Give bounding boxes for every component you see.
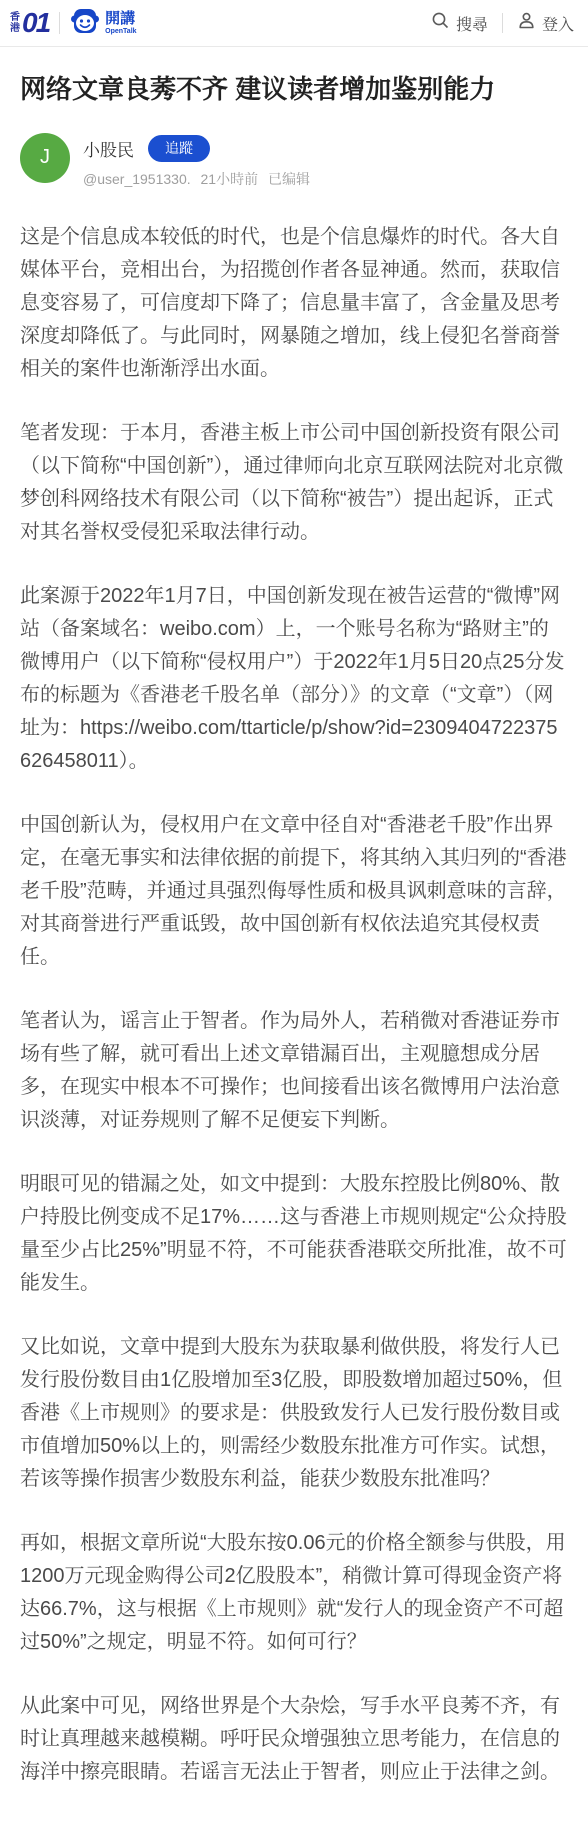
article-page: 网络文章良莠不齐 建议读者增加鉴别能力 J 小股民 追蹤 @user_19513… [0, 47, 588, 1829]
article-paragraph: 明眼可见的错漏之处，如文中提到：大股东控股比例80%、散户持股比例变成不足17%… [20, 1168, 568, 1300]
author-info: 小股民 追蹤 @user_1951330. 21小時前 已编辑 [83, 133, 316, 189]
hk01-logo[interactable]: 香港 01 [10, 9, 49, 37]
opentalk-wordmark: 開講 OpenTalk [105, 11, 136, 35]
header-actions: 搜尋 登入 [431, 11, 574, 35]
article-title: 网络文章良莠不齐 建议读者增加鉴别能力 [20, 73, 568, 107]
author-name[interactable]: 小股民 [83, 136, 134, 161]
edited-badge: 已编辑 [268, 171, 310, 187]
author-meta: @user_1951330. 21小時前 已编辑 [83, 169, 316, 189]
follow-button[interactable]: 追蹤 [148, 135, 210, 162]
opentalk-mascot-icon [70, 6, 100, 41]
search-label: 搜尋 [456, 12, 488, 35]
author-avatar[interactable]: J [20, 133, 70, 183]
author-row: J 小股民 追蹤 @user_1951330. 21小時前 已编辑 [20, 133, 568, 189]
article-paragraph: 此案源于2022年1月7日，中国创新发现在被告运营的“微博”网站（备案域名：we… [20, 580, 568, 778]
hk01-vertical-text: 香港 [10, 12, 20, 34]
article-paragraph: 笔者认为，谣言止于智者。作为局外人，若稍微对香港证券市场有些了解，就可看出上述文… [20, 1005, 568, 1137]
user-icon [517, 11, 536, 35]
article-paragraph: 中国创新认为，侵权用户在文章中径自对“香港老千股”作出界定，在毫无事实和法律依据… [20, 809, 568, 974]
brand-divider [59, 12, 60, 34]
article-paragraph: 从此案中可见，网络世界是个大杂烩，写手水平良莠不齐，有时让真理越来越模糊。呼吁民… [20, 1690, 568, 1789]
login-label: 登入 [542, 12, 574, 35]
hk01-logo-mark: 01 [22, 9, 49, 37]
article-body: 这是个信息成本较低的时代，也是个信息爆炸的时代。各大自媒体平台，竞相出台，为招揽… [20, 221, 568, 1789]
post-time: 21小時前 [201, 171, 259, 187]
author-top-row: 小股民 追蹤 [83, 135, 316, 162]
article-paragraph: 又比如说，文章中提到大股东为获取暴利做供股，将发行人已发行股份数目由1亿股增加至… [20, 1331, 568, 1496]
opentalk-title: 開講 [105, 11, 136, 26]
search-icon [431, 11, 450, 35]
header-divider [502, 13, 503, 33]
site-header: 香港 01 開講 OpenTalk [0, 0, 588, 47]
brand-group: 香港 01 開講 OpenTalk [10, 6, 137, 41]
article-paragraph: 这是个信息成本较低的时代，也是个信息爆炸的时代。各大自媒体平台，竞相出台，为招揽… [20, 221, 568, 386]
login-button[interactable]: 登入 [517, 11, 574, 35]
article-paragraph: 再如，根据文章所说“大股东按0.06元的价格全额参与供股，用1200万元现金购得… [20, 1527, 568, 1659]
opentalk-logo[interactable]: 開講 OpenTalk [70, 6, 136, 41]
opentalk-subtitle: OpenTalk [105, 28, 136, 35]
author-handle: @user_1951330. [83, 171, 191, 187]
article-paragraph: 笔者发现：于本月，香港主板上市公司中国创新投资有限公司（以下简称“中国创新”），… [20, 417, 568, 549]
search-button[interactable]: 搜尋 [431, 11, 488, 35]
